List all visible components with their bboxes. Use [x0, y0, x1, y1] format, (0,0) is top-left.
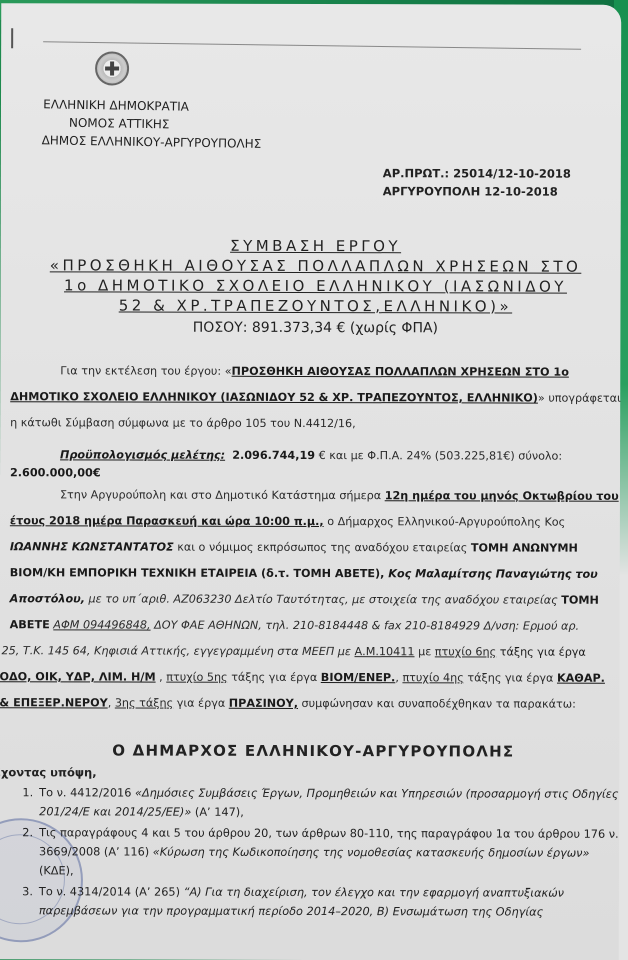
mayor-name: ΙΩΑΝΝΗΣ ΚΩΝΣΤΑΝΤΑΤΟΣ — [10, 540, 174, 553]
para-parties-line1: ΙΩΑΝΝΗΣ ΚΩΝΣΤΑΝΤΑΤΟΣ και ο νόμιμος εκπρό… — [10, 534, 596, 562]
budget-total-line: 2.600.000,00€ — [10, 464, 596, 484]
title-line-2: 1ο ΔΗΜΟΤΙΚΟ ΣΧΟΛΕΙΟ ΕΛΛΗΝΙΚΟΥ (ΙΑΣΩΝΙΔΟΥ — [64, 276, 567, 295]
para-intro-line1: Για την εκτέλεση του έργου: «ΠΡΟΣΘΗΚΗ ΑΙ… — [10, 358, 596, 386]
category-1: ΟΔΟ, ΟΙΚ, ΥΔΡ, ΛΙΜ. Η/Μ — [0, 670, 156, 683]
para-intro-line2: ΔΗΜΟΤΙΚΟ ΣΧΟΛΕΙΟ ΕΛΛΗΝΙΚΟΥ (ΙΑΣΩΝΙΔΟΥ 52… — [10, 384, 596, 412]
place-date: ΑΡΓΥΡΟΥΠΟΛΗ 12-10-2018 — [383, 182, 571, 200]
list-item: 1. Το ν. 4412/2016 «Δημόσιες Συμβάσεις Έ… — [9, 783, 619, 823]
contract-amount: ΠΟΣΟΥ: 891.373,34 € (χωρίς ΦΠΑ) — [10, 317, 620, 339]
para-parties-line4: ΑΒΕΤΕ ΑΦΜ 094496848, ΔΟΥ ΦΑΕ ΑΘΗΝΩΝ, τηλ… — [10, 612, 596, 640]
protocol-number: ΑΡ.ΠΡΩΤ.: 25014/12-10-2018 — [383, 164, 571, 182]
issuing-authority: ΕΛΛΗΝΙΚΗ ΔΗΜΟΚΡΑΤΙΑ ΝΟΜΟΣ ΑΤΤΙΚΗΣ ΔΗΜΟΣ … — [42, 95, 262, 153]
budget-label: Προϋπολογισμός μελέτης: — [60, 448, 225, 461]
category-2: ΒΙΟΜ/ΕΝΕΡ. — [321, 671, 396, 684]
title-line-1: «ΠΡΟΣΘΗΚΗ ΑΙΘΟΥΣΑΣ ΠΟΛΛΑΠΛΩΝ ΧΡΗΣΕΩΝ ΣΤΟ — [50, 256, 582, 275]
registry-number: Α.Μ.10411 — [355, 645, 415, 658]
para-parties-line3: Αποστόλου, με το υπ΄αριθ. ΑΖ063230 Δελτί… — [10, 586, 596, 614]
contact-details: ΔΟΥ ΦΑΕ ΑΘΗΝΩΝ, τηλ. 210-8184448 & fax 2… — [151, 619, 580, 633]
title-heading: ΣΥΜΒΑΣΗ ΕΡΓΟΥ — [230, 237, 401, 255]
category-3: ΚΑΘΑΡ. — [557, 672, 605, 685]
project-name: ΠΡΟΣΘΗΚΗ ΑΙΘΟΥΣΑΣ ΠΟΛΛΑΠΛΩΝ ΧΡΗΣΕΩΝ ΣΤΟ … — [232, 365, 569, 379]
reference-block: ΑΡ.ΠΡΩΤ.: 25014/12-10-2018 ΑΡΓΥΡΟΥΠΟΛΗ 1… — [383, 164, 571, 200]
para-date-line1: Στην Αργυρούπολη και στο Δημοτικό Κατάστ… — [10, 482, 596, 510]
representative-name: Κος Μαλαμίτσης Παναγιώτης του — [384, 567, 597, 581]
para-parties-line7: & ΕΠΕΞΕΡ.ΝΕΡΟΥ, 3ης τάξης για έργα ΠΡΑΣΙ… — [0, 690, 595, 718]
para-parties-line6: ΟΔΟ, ΟΙΚ, ΥΔΡ, ΛΙΜ. Η/Μ , πτυχίο 5ης τάξ… — [0, 664, 596, 692]
address: 25, Τ.Κ. 145 64, Κηφισιά Αττικής, εγγεγρ… — [2, 644, 355, 658]
considering-label: Έχοντας υπόψη, — [0, 765, 97, 779]
list-item: 2. Τις παραγράφους 4 και 5 του άρθρου 20… — [9, 823, 619, 882]
contract-body: Για την εκτέλεση του έργου: «ΠΡΟΣΘΗΚΗ ΑΙ… — [9, 358, 596, 718]
binder-mark — [11, 28, 13, 48]
contract-title: ΣΥΜΒΑΣΗ ΕΡΓΟΥ «ΠΡΟΣΘΗΚΗ ΑΙΘΟΥΣΑΣ ΠΟΛΛΑΠΛ… — [10, 235, 620, 339]
category-4: ΠΡΑΣΙΝΟΥ, — [229, 697, 298, 710]
budget-amount: 2.096.744,19 — [232, 449, 315, 462]
contractor-name: ΤΟΜΗ ΑΝΩΝΥΜΗ — [471, 541, 578, 554]
header-rule — [43, 41, 581, 50]
tax-id: ΑΦΜ 094496848, — [53, 618, 150, 631]
org-line-municipality: ΔΗΜΟΣ ΕΛΛΗΝΙΚΟΥ-ΑΡΓΥΡΟΥΠΟΛΗΣ — [41, 131, 261, 153]
document-page: ΕΛΛΗΝΙΚΗ ΔΗΜΟΚΡΑΤΙΑ ΝΟΜΟΣ ΑΤΤΙΚΗΣ ΔΗΜΟΣ … — [0, 3, 621, 960]
contract-date: 12η ημέρα του μηνός Οκτωβρίου του — [385, 489, 619, 503]
para-parties-line5: 25, Τ.Κ. 145 64, Κηφισιά Αττικής, εγγεγρ… — [2, 638, 596, 666]
legal-basis-list: 1. Το ν. 4412/2016 «Δημόσιες Συμβάσεις Έ… — [9, 783, 619, 924]
mayor-heading: Ο ΔΗΜΑΡΧΟΣ ΕΛΛΗΝΙΚΟΥ-ΑΡΓΥΡΟΥΠΟΛΗΣ — [0, 741, 627, 761]
para-intro-line3: η κάτωθι Σύμβαση σύμφωνα με το άρθρο 105… — [10, 410, 596, 438]
budget-total: 2.600.000,00€ — [10, 466, 101, 479]
list-item: 3. Το ν. 4314/2014 (Α’ 265) “Α) Για τη δ… — [9, 882, 619, 922]
title-line-3: 52 & ΧΡ.ΤΡΑΠΕΖΟΥΝΤΟΣ,ΕΛΛΗΝΙΚΟ)» — [119, 296, 512, 315]
para-date-line2: έτους 2018 ημέρα Παρασκευή και ώρα 10:00… — [10, 508, 596, 536]
para-parties-line2: ΒΙΟΜ/ΚΗ ΕΜΠΟΡΙΚΗ ΤΕΧΝΙΚΗ ΕΤΑΙΡΕΙΑ (δ.τ. … — [10, 560, 596, 588]
coat-of-arms-icon — [95, 51, 129, 85]
budget-line: Προϋπολογισμός μελέτης: 2.096.744,19 € κ… — [10, 446, 596, 466]
